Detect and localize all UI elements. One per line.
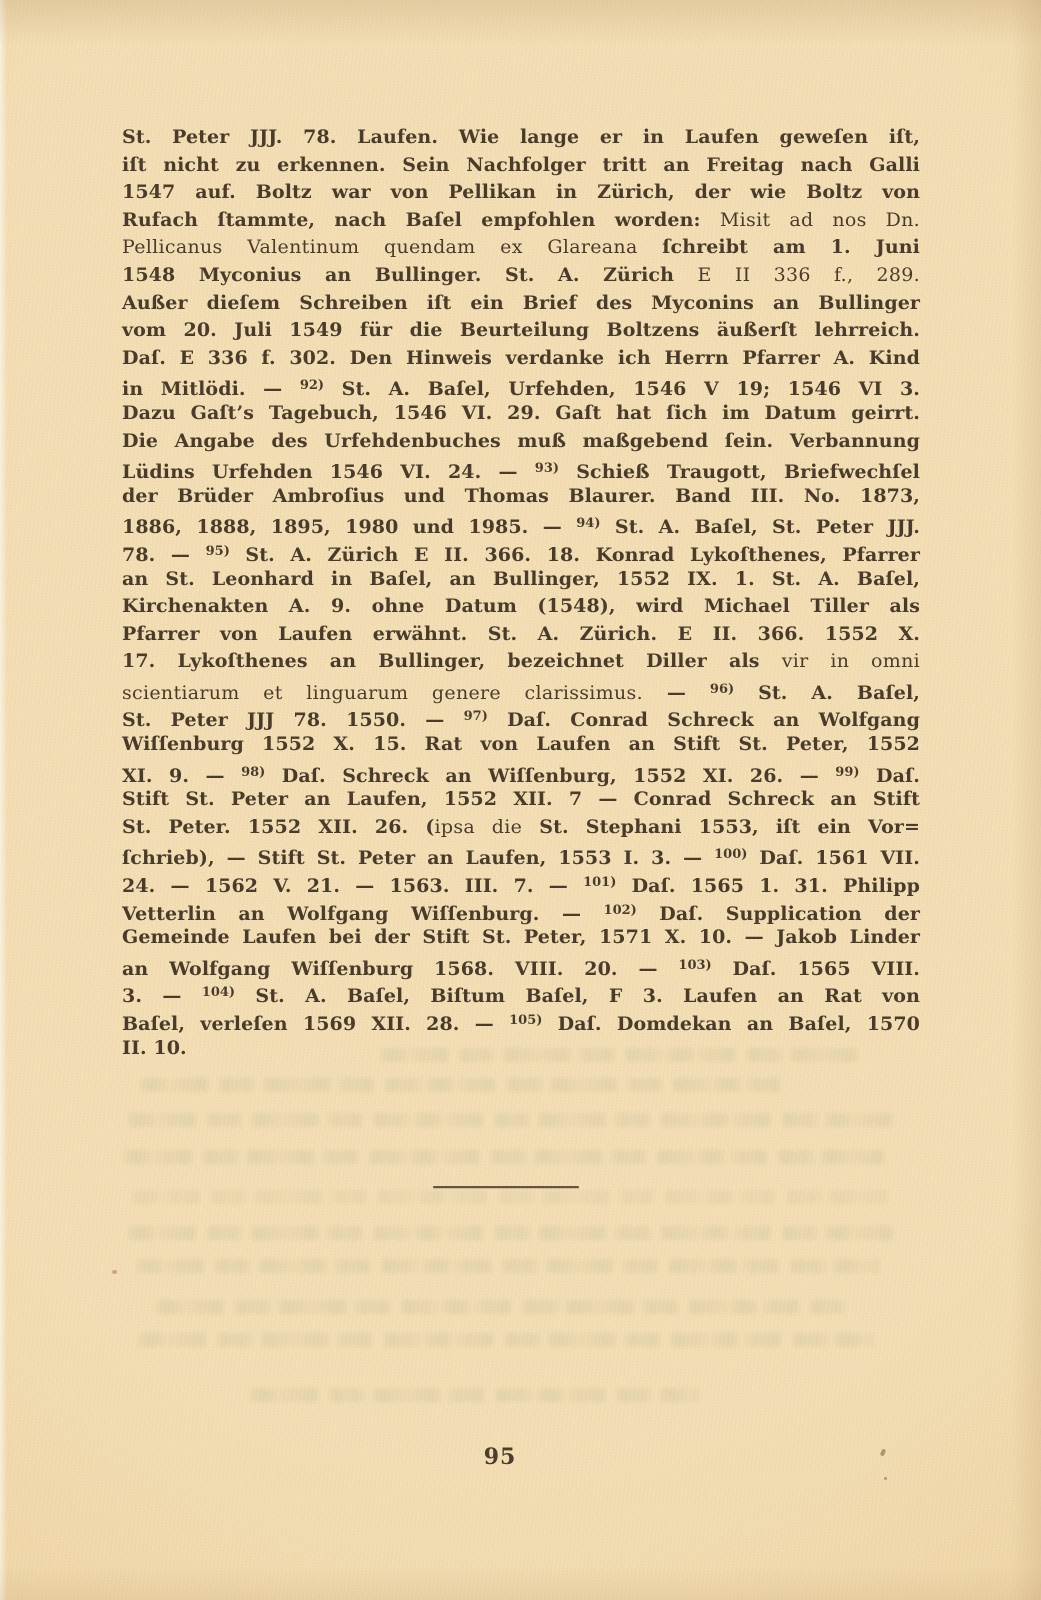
fraktur-text-segment: 1547 auf. Boltz war von Pellikan in Züri… <box>122 181 920 203</box>
fraktur-text-segment: St. Stephani 1553, iſt ein Vor= <box>522 816 920 838</box>
footnote-ref-number: 99) <box>835 765 859 780</box>
latin-text-segment: Misit ad nos Dn. <box>720 209 920 231</box>
footnote-text-line: Rufach ſtammte, nach Baſel empfohlen wor… <box>122 207 920 235</box>
footnote-text-line: 78. — 95) St. A. Zürich E II. 366. 18. K… <box>122 538 920 566</box>
fraktur-text-segment: vom 20. Juli 1549 für die Beurteilung Bo… <box>122 319 920 341</box>
footnote-ref-number: 92) <box>300 378 324 393</box>
footnote-block: St. Peter JJJ. 78. Laufen. Wie lange er … <box>122 124 920 1062</box>
footnote-text-line: Wiſſenburg 1552 X. 15. Rat von Laufen an… <box>122 731 920 759</box>
bleedthrough-line <box>136 1259 880 1273</box>
fraktur-text-segment: iſt nicht zu erkennen. Sein Nachfolger t… <box>122 154 920 176</box>
footnote-text-line: Baſel, verleſen 1569 XII. 28. — 105) Daſ… <box>122 1007 920 1035</box>
fraktur-text-segment: Daſ. Domdekan an Baſel, 1570 <box>542 1013 920 1035</box>
fraktur-text-segment: Schieß Traugott, Briefwechſel <box>559 461 920 483</box>
fraktur-text-segment: an Wolfgang Wiſſenburg 1568. VIII. 20. — <box>122 958 678 980</box>
footnote-text-line: 17. Lykoſthenes an Bullinger, bezeichnet… <box>122 648 920 676</box>
footnote-text-line: ſchrieb), — Stift St. Peter an Laufen, 1… <box>122 841 920 869</box>
footnote-text-line: Daſ. E 336 f. 302. Den Hinweis verdanke … <box>122 345 920 373</box>
bleedthrough-line <box>138 1333 874 1347</box>
fraktur-text-segment: St. A. Zürich E II. 366. 18. Konrad Lyko… <box>230 544 920 566</box>
latin-text-segment: Pellicanus Valentinum quendam ex Glarean… <box>122 236 662 258</box>
footnote-text-line: Kirchenakten A. 9. ohne Datum (1548), wi… <box>122 593 920 621</box>
footnote-text-line: Pellicanus Valentinum quendam ex Glarean… <box>122 234 920 262</box>
footnote-text-line: 1547 auf. Boltz war von Pellikan in Züri… <box>122 179 920 207</box>
fraktur-text-segment: ſchreibt am 1. Juni <box>662 236 920 258</box>
footnote-text-line: an St. Leonhard in Baſel, an Bullinger, … <box>122 566 920 594</box>
fraktur-text-segment: ſchrieb), — Stift St. Peter an Laufen, 1… <box>122 847 714 869</box>
footnote-ref-number: 94) <box>576 516 600 531</box>
footnote-text-line: Vetterlin an Wolfgang Wiſſenburg. — 102)… <box>122 897 920 925</box>
footnote-text-line: Die Angabe des Urfehdenbuches muß maßgeb… <box>122 428 920 456</box>
fraktur-text-segment: Baſel, verleſen 1569 XII. 28. — <box>122 1013 509 1035</box>
ink-speck <box>880 1448 887 1456</box>
bleedthrough-line <box>156 1300 846 1314</box>
footnote-ref-number: 96) <box>710 682 734 697</box>
latin-text-segment: scientiarum et linguarum genere clarissi… <box>122 682 643 704</box>
fraktur-text-segment: 17. Lykoſthenes an Bullinger, bezeichnet… <box>122 650 782 672</box>
footnote-text-line: 3. — 104) St. A. Baſel, Biſtum Baſel, F … <box>122 979 920 1007</box>
fraktur-text-segment: Gemeinde Laufen bei der Stift St. Peter,… <box>122 926 920 948</box>
fraktur-text-segment: Daſ. <box>860 765 920 787</box>
footnote-text-line: Pfarrer von Laufen erwähnt. St. A. Züric… <box>122 621 920 649</box>
footnote-text-line: Gemeinde Laufen bei der Stift St. Peter,… <box>122 924 920 952</box>
footnote-ref-number: 104) <box>202 985 235 1000</box>
fraktur-text-segment: der Brüder Ambroſius und Thomas Blaurer.… <box>122 485 920 507</box>
fraktur-text-segment: Außer dieſem Schreiben iſt ein Brief des… <box>122 292 920 314</box>
footnote-ref-number: 101) <box>583 875 616 890</box>
ink-speck <box>884 1477 887 1480</box>
bleedthrough-line <box>128 1226 896 1240</box>
fraktur-text-segment: Daſ. Conrad Schreck an Wolfgang <box>488 709 920 731</box>
latin-text-segment: ipsa die <box>434 816 522 838</box>
fraktur-text-segment: 78. — <box>122 544 206 566</box>
fraktur-text-segment: St. Peter. 1552 XII. 26. ( <box>122 816 434 838</box>
footnote-text-line: St. Peter JJJ. 78. Laufen. Wie lange er … <box>122 124 920 152</box>
footnote-text-line: Stift St. Peter an Laufen, 1552 XII. 7 —… <box>122 786 920 814</box>
fraktur-text-segment: — <box>643 682 710 704</box>
fraktur-text-segment: an St. Leonhard in Baſel, an Bullinger, … <box>122 568 920 590</box>
fraktur-text-segment: Die Angabe des Urfehdenbuches muß maßgeb… <box>122 430 920 452</box>
footnote-ref-number: 100) <box>714 847 747 862</box>
latin-text-segment: vir in omni <box>782 650 920 672</box>
footnote-text-line: scientiarum et linguarum genere clarissi… <box>122 676 920 704</box>
fraktur-text-segment: St. A. Baſel, <box>734 682 920 704</box>
bleedthrough-line <box>128 1113 900 1127</box>
bleedthrough-line <box>140 1078 780 1092</box>
footnote-ref-number: 102) <box>604 903 637 918</box>
fraktur-text-segment: Wiſſenburg 1552 X. 15. Rat von Laufen an… <box>122 733 920 755</box>
footnote-text-line: Lüdins Urfehden 1546 VI. 24. — 93) Schie… <box>122 455 920 483</box>
fraktur-text-segment: Lüdins Urfehden 1546 VI. 24. — <box>122 461 535 483</box>
fraktur-text-segment: 3. — <box>122 985 202 1007</box>
fraktur-text-segment: 1886, 1888, 1895, 1980 und 1985. — <box>122 516 576 538</box>
fraktur-text-segment: Vetterlin an Wolfgang Wiſſenburg. — <box>122 903 604 925</box>
bleedthrough-line <box>132 1190 888 1204</box>
fraktur-text-segment: 24. — 1562 V. 21. — 1563. III. 7. — <box>122 875 583 897</box>
footnote-text-line: Dazu Gaſt’s Tagebuch, 1546 VI. 29. Gaſt … <box>122 400 920 428</box>
footnote-text-line: 1886, 1888, 1895, 1980 und 1985. — 94) S… <box>122 510 920 538</box>
fraktur-text-segment: Daſ. Supplication der <box>637 903 920 925</box>
fraktur-text-segment: Daſ. 1565 VIII. <box>712 958 920 980</box>
footnote-ref-number: 98) <box>241 765 265 780</box>
footnote-text-line: 1548 Myconius an Bullinger. St. A. Züric… <box>122 262 920 290</box>
footnote-text-line: in Mitlödi. — 92) St. A. Baſel, Urfehden… <box>122 372 920 400</box>
fraktur-text-segment: in Mitlödi. — <box>122 378 300 400</box>
fraktur-text-segment: Daſ. E 336 f. 302. Den Hinweis verdanke … <box>122 347 920 369</box>
footnote-text-line: St. Peter. 1552 XII. 26. (ipsa die St. S… <box>122 814 920 842</box>
footnote-text-line: der Brüder Ambroſius und Thomas Blaurer.… <box>122 483 920 511</box>
fraktur-text-segment: Kirchenakten A. 9. ohne Datum (1548), wi… <box>122 595 920 617</box>
fraktur-text-segment: Daſ. Schreck an Wiſſenburg, 1552 XI. 26.… <box>265 765 835 787</box>
scanned-book-page: St. Peter JJJ. 78. Laufen. Wie lange er … <box>0 0 1041 1600</box>
fraktur-text-segment: Daſ. 1561 VII. <box>747 847 920 869</box>
footnote-ref-number: 103) <box>678 958 711 973</box>
fraktur-text-segment: St. Peter JJJ 78. 1550. — <box>122 709 464 731</box>
page-number: 95 <box>455 1444 545 1470</box>
footnote-text-line: iſt nicht zu erkennen. Sein Nachfolger t… <box>122 152 920 180</box>
bleedthrough-line <box>124 1150 884 1164</box>
fraktur-text-segment: 1548 Myconius an Bullinger. St. A. Züric… <box>122 264 698 286</box>
footnote-ref-number: 97) <box>464 709 488 724</box>
latin-text-segment: E II 336 f., 289. <box>698 264 920 286</box>
footnote-ref-number: 95) <box>206 544 230 559</box>
footnote-text-line: an Wolfgang Wiſſenburg 1568. VIII. 20. —… <box>122 952 920 980</box>
fraktur-text-segment: St. Peter JJJ. 78. Laufen. Wie lange er … <box>122 126 920 148</box>
footnote-ref-number: 93) <box>535 461 559 476</box>
footnote-text-line: II. 10. <box>122 1035 920 1063</box>
fraktur-text-segment: Daſ. 1565 1. 31. Philipp <box>616 875 920 897</box>
footnote-text-line: Außer dieſem Schreiben iſt ein Brief des… <box>122 290 920 318</box>
fraktur-text-segment: Rufach ſtammte, nach Baſel empfohlen wor… <box>122 209 720 231</box>
footnote-text-line: St. Peter JJJ 78. 1550. — 97) Daſ. Conra… <box>122 703 920 731</box>
fraktur-text-segment: St. A. Baſel, St. Peter JJJ. <box>601 516 921 538</box>
fraktur-text-segment: II. 10. <box>122 1037 187 1059</box>
bleedthrough-line <box>250 1388 700 1402</box>
fraktur-text-segment: St. A. Baſel, Urfehden, 1546 V 19; 1546 … <box>324 378 920 400</box>
fraktur-text-segment: St. A. Baſel, Biſtum Baſel, F 3. Laufen … <box>235 985 920 1007</box>
footnote-text-line: XI. 9. — 98) Daſ. Schreck an Wiſſenburg,… <box>122 759 920 787</box>
fraktur-text-segment: Stift St. Peter an Laufen, 1552 XII. 7 —… <box>122 788 920 810</box>
fraktur-text-segment: Pfarrer von Laufen erwähnt. St. A. Züric… <box>122 623 920 645</box>
fraktur-text-segment: Dazu Gaſt’s Tagebuch, 1546 VI. 29. Gaſt … <box>122 402 920 424</box>
fraktur-text-segment: XI. 9. — <box>122 765 241 787</box>
footnote-divider <box>433 1186 579 1188</box>
footnote-text-line: vom 20. Juli 1549 für die Beurteilung Bo… <box>122 317 920 345</box>
footnote-ref-number: 105) <box>509 1013 542 1028</box>
ink-speck <box>112 1270 117 1274</box>
footnote-text-line: 24. — 1562 V. 21. — 1563. III. 7. — 101)… <box>122 869 920 897</box>
